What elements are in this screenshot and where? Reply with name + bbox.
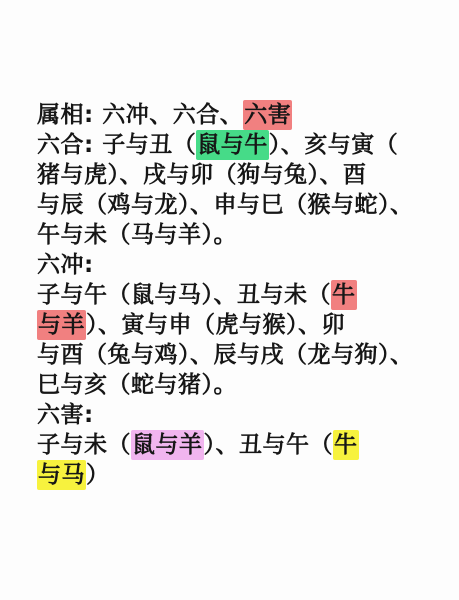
- text-line: 属相: 六冲、六合、六害: [37, 100, 441, 130]
- text-line: 猪与虎）、戌与卯（狗与兔）、酉: [37, 160, 441, 190]
- text-segment: 六害:: [37, 402, 94, 428]
- text-segment: ）、寅与申（虎与猴）、卯: [86, 312, 345, 338]
- highlight-red: 与羊: [37, 310, 86, 340]
- text-line: 午与未（马与羊）。: [37, 220, 441, 250]
- highlight-red: 六害: [243, 100, 292, 130]
- text-line: 子与未（鼠与羊）、丑与午（牛: [37, 430, 441, 460]
- text-line: 与辰（鸡与龙）、申与巳（猴与蛇）、: [37, 190, 441, 220]
- text-line: 六冲:: [37, 250, 441, 280]
- text-segment: 午与未（马与羊）。: [37, 222, 237, 248]
- text-line: 与羊）、寅与申（虎与猴）、卯: [37, 310, 441, 340]
- text-segment: 与酉（兔与鸡）、辰与戌（龙与狗）、: [37, 342, 414, 368]
- text-segment: 巳与亥（蛇与猪）。: [37, 372, 237, 398]
- text-segment: 猪与虎）、戌与卯（狗与兔）、酉: [37, 162, 367, 188]
- text-segment: 属相: 六冲、六合、: [37, 102, 243, 128]
- text-segment: 六合: 子与丑（: [37, 132, 196, 158]
- highlight-pink: 鼠与羊: [131, 430, 204, 460]
- text-segment: ）、丑与午（: [204, 432, 334, 458]
- highlight-yellow: 与马: [37, 460, 86, 490]
- highlight-green: 鼠与牛: [196, 130, 269, 160]
- text-line: 与酉（兔与鸡）、辰与戌（龙与狗）、: [37, 340, 441, 370]
- document-page: 属相: 六冲、六合、六害六合: 子与丑（鼠与牛）、亥与寅（猪与虎）、戌与卯（狗与…: [0, 0, 459, 600]
- text-segment: 六冲:: [37, 252, 94, 278]
- text-segment: 子与午（鼠与马）、丑与未（: [37, 282, 331, 308]
- highlight-yellow: 牛: [333, 430, 359, 460]
- text-line: 与马）: [37, 460, 441, 490]
- text-line: 子与午（鼠与马）、丑与未（牛: [37, 280, 441, 310]
- text-segment: ）、亥与寅（: [269, 132, 399, 158]
- text-segment: 子与未（: [37, 432, 131, 458]
- highlight-red: 牛: [331, 280, 357, 310]
- text-lines: 属相: 六冲、六合、六害六合: 子与丑（鼠与牛）、亥与寅（猪与虎）、戌与卯（狗与…: [37, 100, 441, 490]
- text-line: 六合: 子与丑（鼠与牛）、亥与寅（: [37, 130, 441, 160]
- text-line: 六害:: [37, 400, 441, 430]
- text-line: 巳与亥（蛇与猪）。: [37, 370, 441, 400]
- text-segment: 与辰（鸡与龙）、申与巳（猴与蛇）、: [37, 192, 414, 218]
- text-segment: ）: [86, 462, 110, 488]
